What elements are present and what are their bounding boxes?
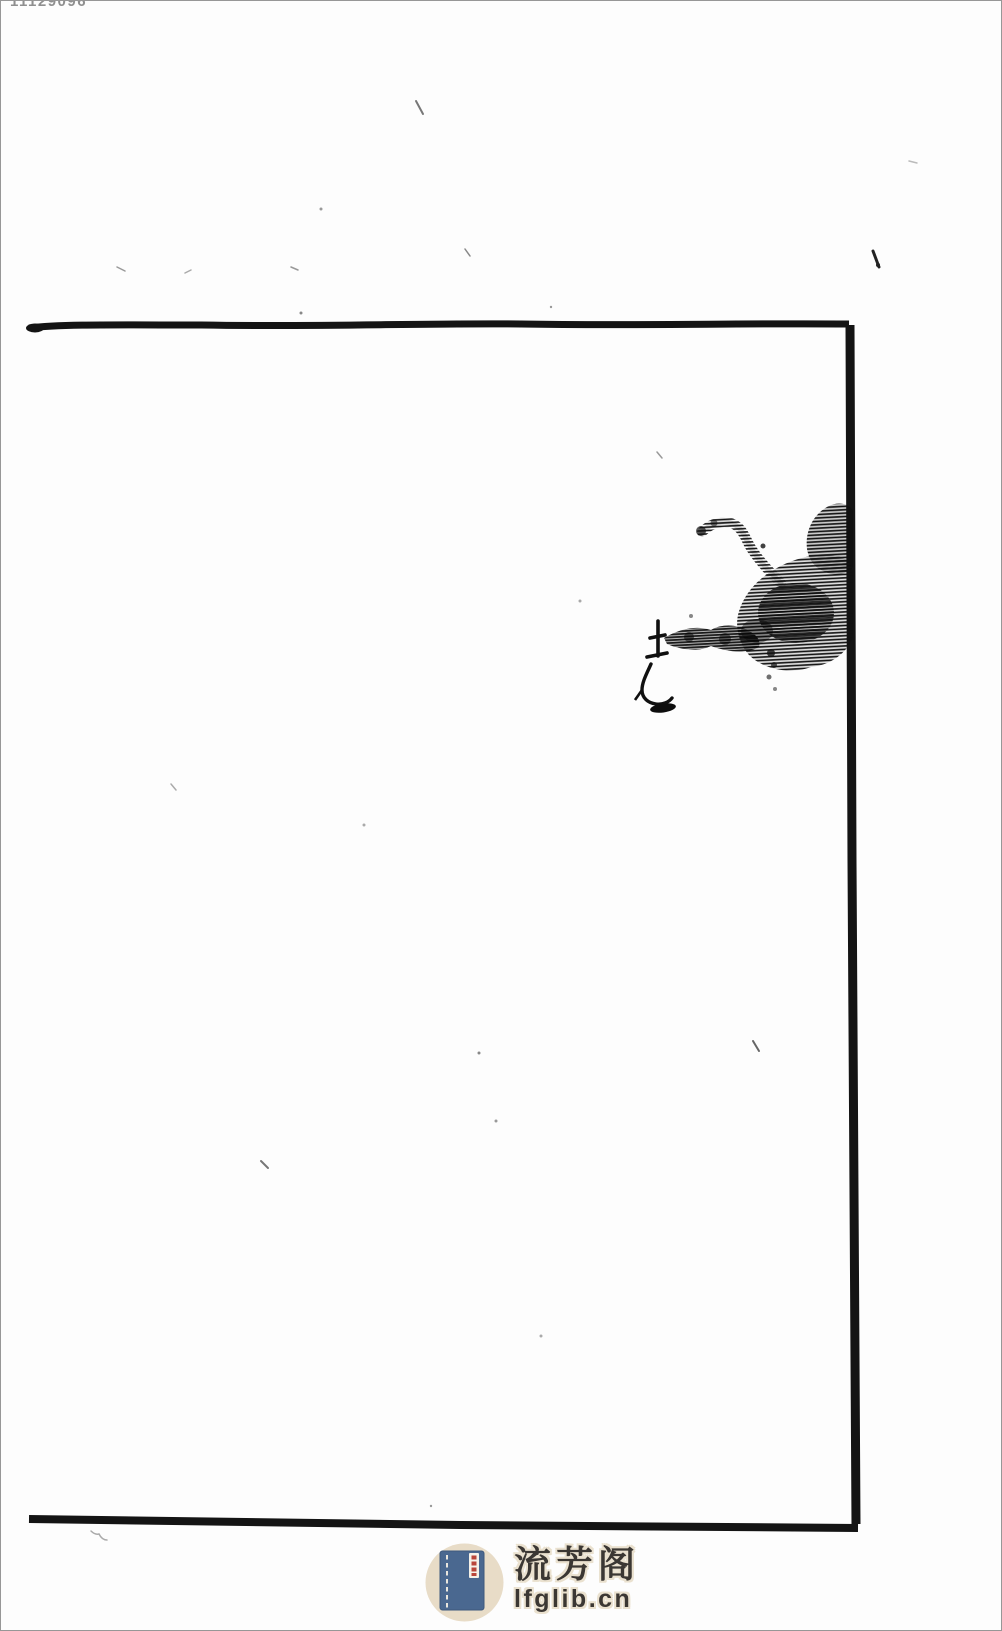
scan-id: 11129096 bbox=[10, 0, 87, 10]
ink-blot bbox=[579, 504, 854, 715]
page-scan-graphics bbox=[1, 1, 1002, 1631]
watermark-text: 流芳阁 lfglib.cn bbox=[514, 1543, 640, 1612]
watermark-site-url: lfglib.cn bbox=[514, 1586, 640, 1612]
book-logo-icon bbox=[425, 1543, 504, 1622]
scan-specks bbox=[91, 101, 917, 1631]
scanned-book-page: 11129096 bbox=[0, 0, 1002, 1631]
watermark-site-name: 流芳阁 bbox=[514, 1545, 640, 1585]
page-frame bbox=[26, 324, 858, 1529]
watermark: 流芳阁 lfglib.cn bbox=[425, 1543, 640, 1622]
